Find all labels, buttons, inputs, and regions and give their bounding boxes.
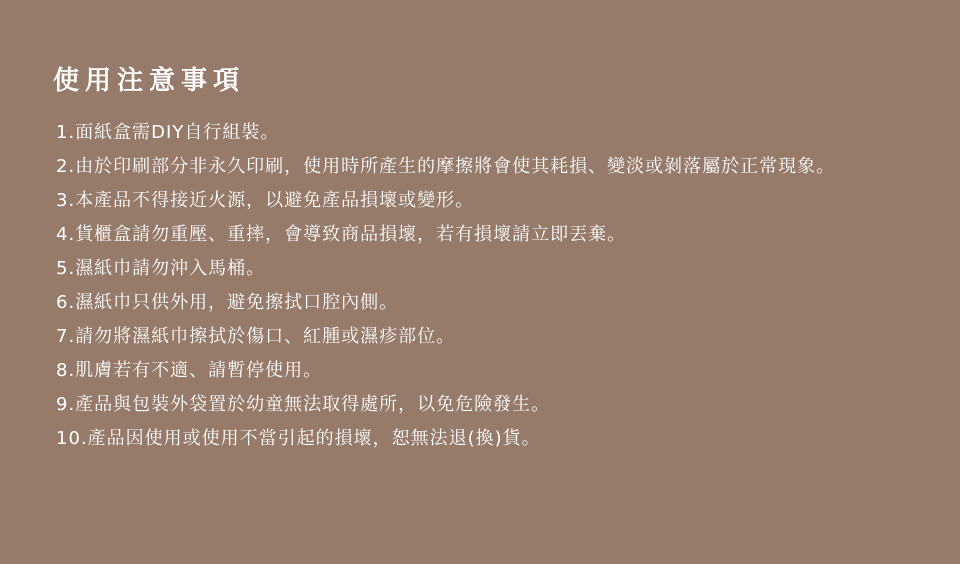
note-text: 由於印刷部分非永久印刷，使用時所產生的摩擦將會使其耗損、變淡或剝落屬於正常現象。 bbox=[75, 152, 916, 182]
note-text: 濕紙巾請勿沖入馬桶。 bbox=[75, 254, 916, 284]
note-text: 請勿將濕紙巾擦拭於傷口、紅腫或濕疹部位。 bbox=[75, 322, 916, 352]
note-number: 10. bbox=[56, 424, 88, 454]
note-text: 面紙盒需DIY自行組裝。 bbox=[75, 118, 916, 148]
note-item-9: 9. 產品與包裝外袋置於幼童無法取得處所，以免危險發生。 bbox=[56, 390, 916, 420]
note-item-2: 2. 由於印刷部分非永久印刷，使用時所產生的摩擦將會使其耗損、變淡或剝落屬於正常… bbox=[56, 152, 916, 182]
note-text: 肌膚若有不適、請暫停使用。 bbox=[75, 356, 916, 386]
note-item-1: 1. 面紙盒需DIY自行組裝。 bbox=[56, 118, 916, 148]
note-number: 5. bbox=[56, 254, 75, 284]
note-number: 2. bbox=[56, 152, 75, 182]
note-text: 貨櫃盒請勿重壓、重摔，會導致商品損壞，若有損壞請立即丟棄。 bbox=[75, 220, 916, 250]
page-title: 使用注意事項 bbox=[53, 63, 245, 99]
note-text: 產品與包裝外袋置於幼童無法取得處所，以免危險發生。 bbox=[75, 390, 916, 420]
note-item-6: 6. 濕紙巾只供外用，避免擦拭口腔內側。 bbox=[56, 288, 916, 318]
note-number: 4. bbox=[56, 220, 75, 250]
note-number: 3. bbox=[56, 186, 75, 216]
note-number: 9. bbox=[56, 390, 75, 420]
note-number: 8. bbox=[56, 356, 75, 386]
note-number: 7. bbox=[56, 322, 75, 352]
note-text: 產品因使用或使用不當引起的損壞，恕無法退(換)貨。 bbox=[88, 424, 916, 454]
note-number: 1. bbox=[56, 118, 75, 148]
note-text: 濕紙巾只供外用，避免擦拭口腔內側。 bbox=[75, 288, 916, 318]
note-item-5: 5. 濕紙巾請勿沖入馬桶。 bbox=[56, 254, 916, 284]
note-item-3: 3. 本產品不得接近火源，以避免產品損壞或變形。 bbox=[56, 186, 916, 216]
note-item-4: 4. 貨櫃盒請勿重壓、重摔，會導致商品損壞，若有損壞請立即丟棄。 bbox=[56, 220, 916, 250]
usage-notes-list: 1. 面紙盒需DIY自行組裝。 2. 由於印刷部分非永久印刷，使用時所產生的摩擦… bbox=[56, 118, 916, 458]
note-item-10: 10. 產品因使用或使用不當引起的損壞，恕無法退(換)貨。 bbox=[56, 424, 916, 454]
note-text: 本產品不得接近火源，以避免產品損壞或變形。 bbox=[75, 186, 916, 216]
note-number: 6. bbox=[56, 288, 75, 318]
note-item-8: 8. 肌膚若有不適、請暫停使用。 bbox=[56, 356, 916, 386]
note-item-7: 7. 請勿將濕紙巾擦拭於傷口、紅腫或濕疹部位。 bbox=[56, 322, 916, 352]
